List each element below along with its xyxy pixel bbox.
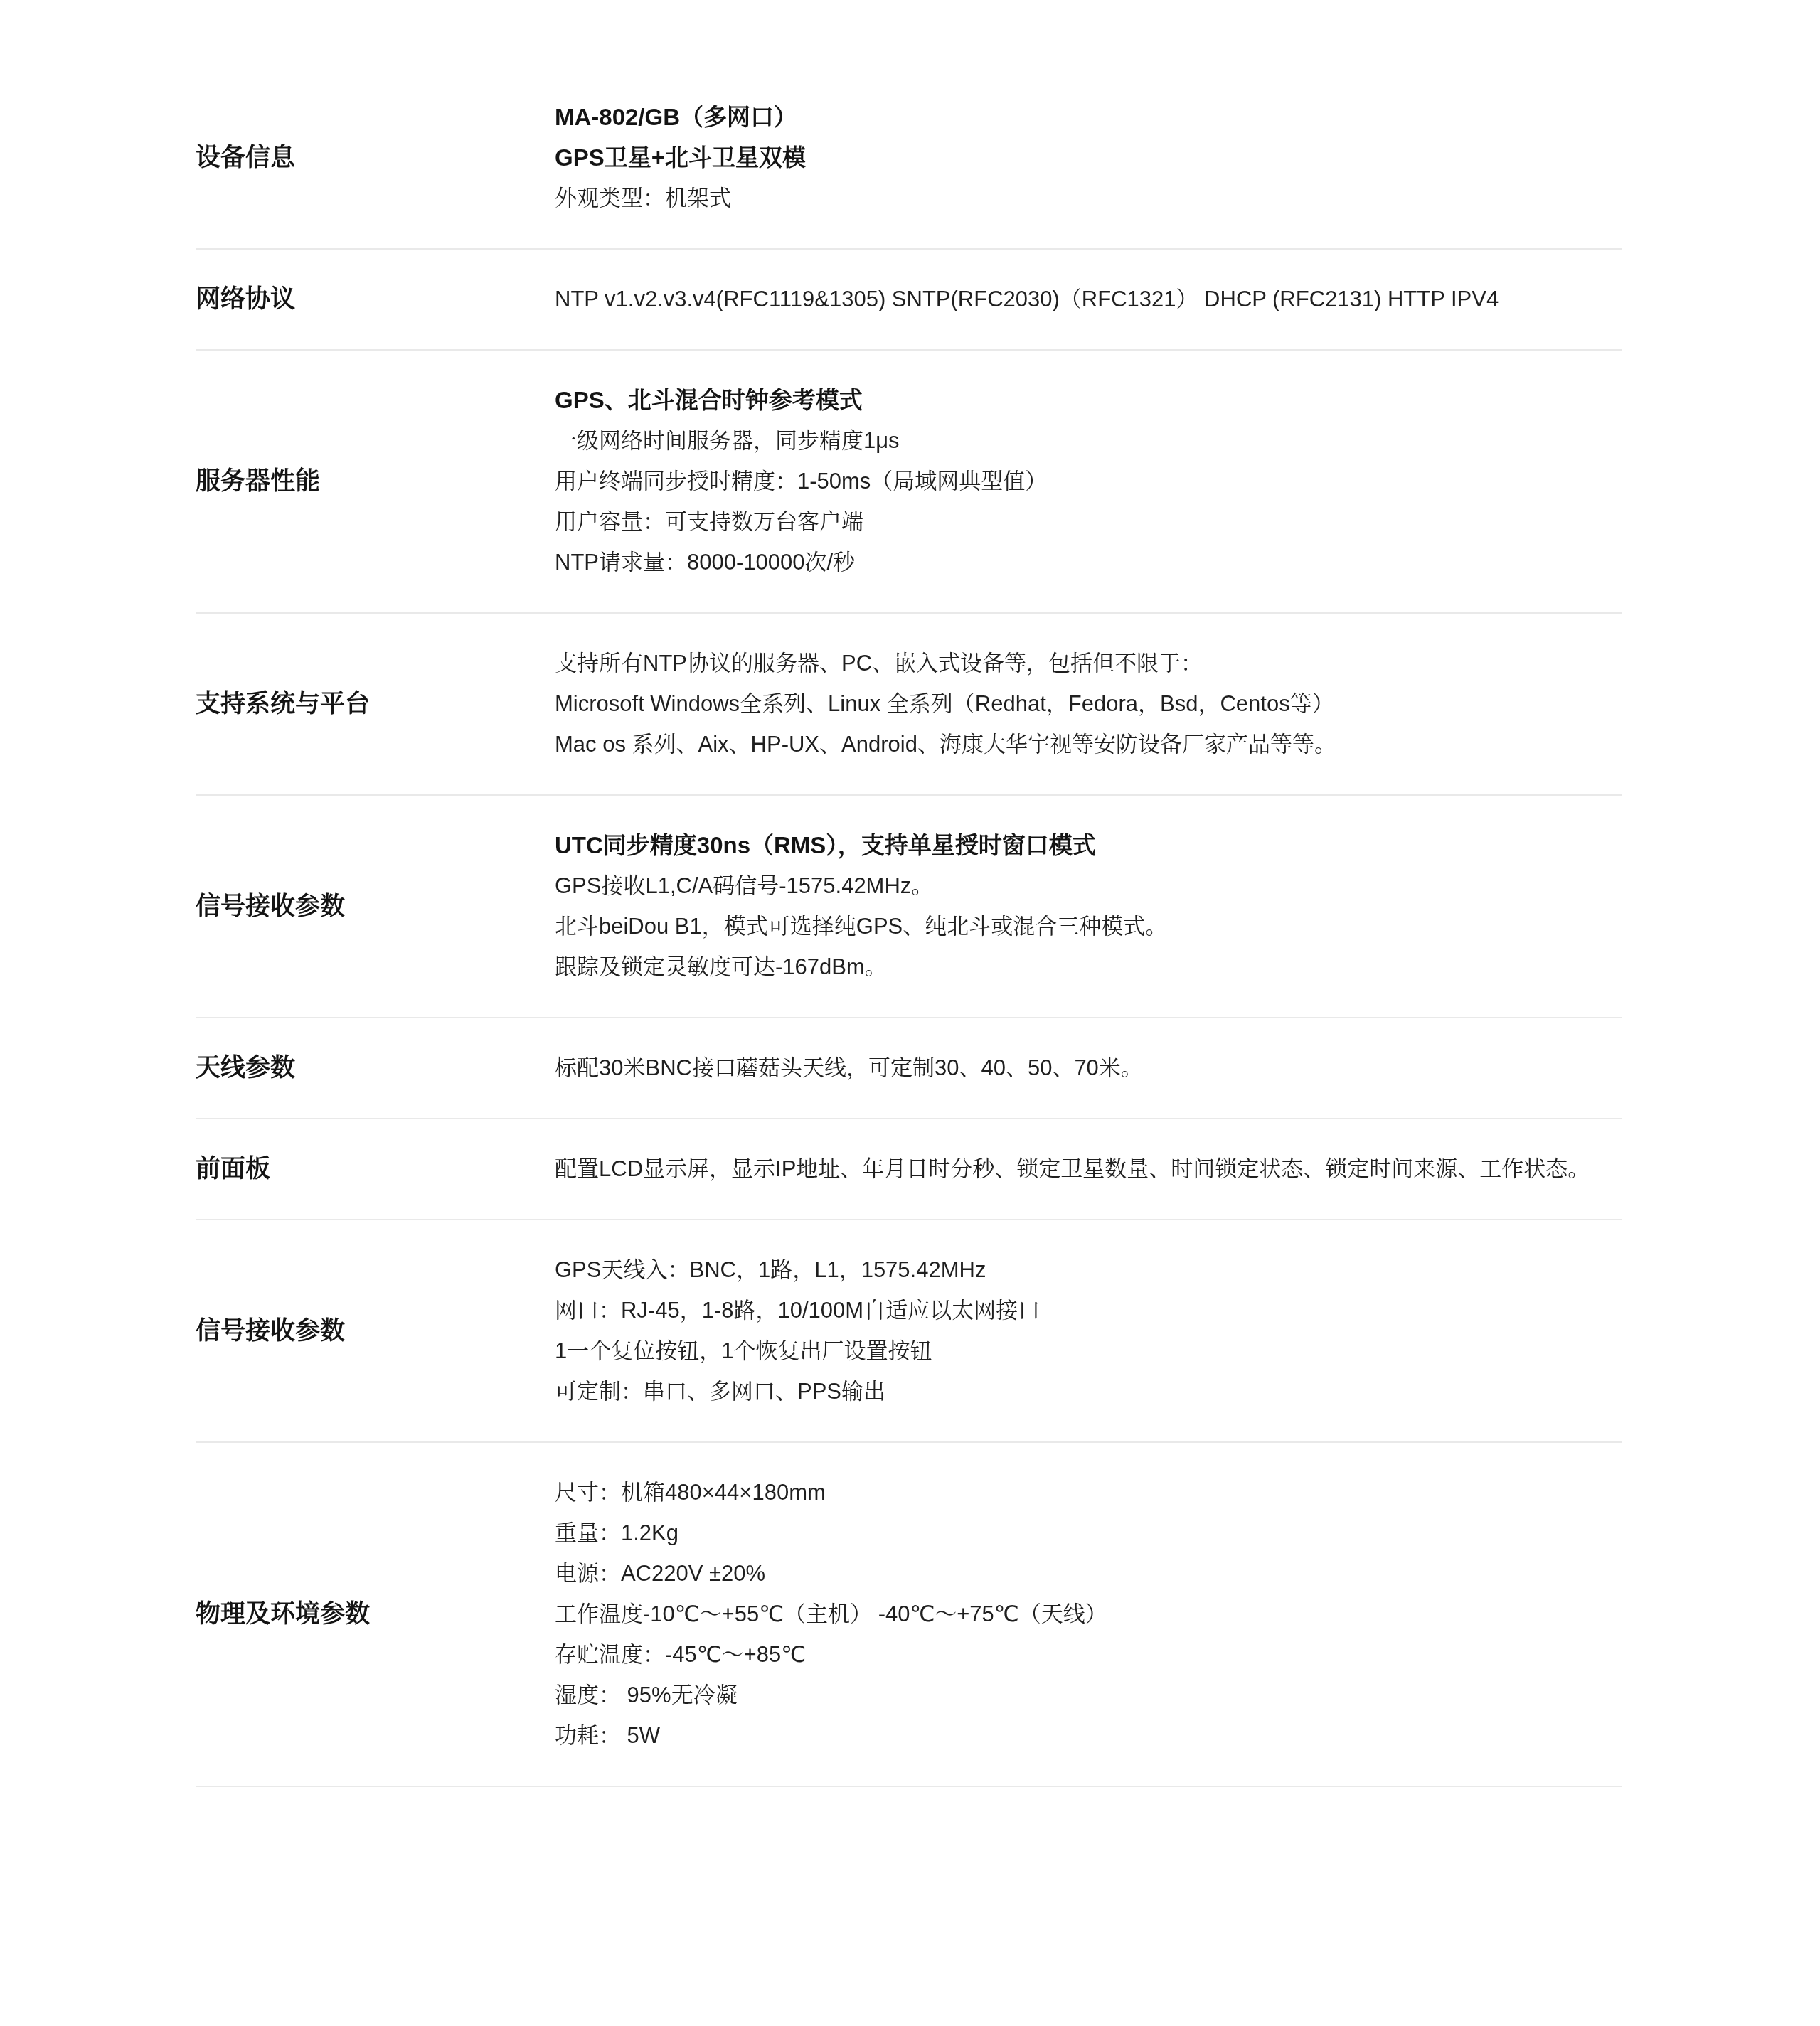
spec-section: 物理及环境参数 尺寸：机箱480×44×180mm重量：1.2Kg电源：AC22…	[196, 1443, 1622, 1787]
spec-row-text: 支持所有NTP协议的服务器、PC、嵌入式设备等，包括但不限于：	[555, 647, 1622, 680]
spec-row-text: 网口：RJ-45，1-8路，10/100M自适应以太网接口	[555, 1294, 1622, 1327]
section-label: 前面板	[196, 1151, 555, 1187]
section-rows: GPS天线入：BNC，1路，L1，1575.42MHz网口：RJ-45，1-8路…	[555, 1246, 1622, 1416]
spec-row-text: 重量：1.2Kg	[555, 1517, 1622, 1550]
spec-row-text: GPS、北斗混合时钟参考模式	[555, 384, 1622, 417]
section-rows: 配置LCD显示屏，显示IP地址、年月日时分秒、锁定卫星数量、时间锁定状态、锁定时…	[555, 1145, 1622, 1193]
spec-row-text: GPS接收L1,C/A码信号-1575.42MHz。	[555, 870, 1622, 902]
section-label: 设备信息	[196, 140, 555, 176]
spec-section: 网络协议 NTP v1.v2.v3.v4(RFC1119&1305) SNTP(…	[196, 250, 1622, 351]
section-rows: 标配30米BNC接口蘑菇头天线，可定制30、40、50、70米。	[555, 1044, 1622, 1092]
section-label: 信号接收参数	[196, 889, 555, 924]
spec-table: 设备信息 MA-802/GB（多网口）GPS卫星+北斗卫星双模外观类型：机架式 …	[196, 0, 1622, 1787]
spec-section: 前面板 配置LCD显示屏，显示IP地址、年月日时分秒、锁定卫星数量、时间锁定状态…	[196, 1119, 1622, 1220]
section-label: 天线参数	[196, 1050, 555, 1086]
section-rows: 尺寸：机箱480×44×180mm重量：1.2Kg电源：AC220V ±20%工…	[555, 1468, 1622, 1760]
section-label: 物理及环境参数	[196, 1596, 555, 1632]
section-rows: NTP v1.v2.v3.v4(RFC1119&1305) SNTP(RFC20…	[555, 275, 1622, 324]
spec-row-text: GPS天线入：BNC，1路，L1，1575.42MHz	[555, 1254, 1622, 1286]
spec-row-text: GPS卫星+北斗卫星双模	[555, 142, 1622, 174]
spec-row-text: Microsoft Windows全系列、Linux 全系列（Redhat，Fe…	[555, 688, 1622, 720]
spec-row-text: UTC同步精度30ns（RMS），支持单星授时窗口模式	[555, 829, 1622, 862]
spec-row-text: 尺寸：机箱480×44×180mm	[555, 1476, 1622, 1509]
spec-row-text: NTP v1.v2.v3.v4(RFC1119&1305) SNTP(RFC20…	[555, 283, 1622, 316]
spec-row-text: 可定制：串口、多网口、PPS输出	[555, 1375, 1622, 1408]
spec-section: 服务器性能 GPS、北斗混合时钟参考模式一级网络时间服务器，同步精度1μs用户终…	[196, 351, 1622, 614]
spec-row-text: 电源：AC220V ±20%	[555, 1557, 1622, 1590]
spec-section: 信号接收参数 GPS天线入：BNC，1路，L1，1575.42MHz网口：RJ-…	[196, 1220, 1622, 1443]
section-rows: MA-802/GB（多网口）GPS卫星+北斗卫星双模外观类型：机架式	[555, 93, 1622, 223]
spec-row-text: 用户终端同步授时精度：1-50ms（局域网典型值）	[555, 465, 1622, 498]
spec-row-text: 用户容量：可支持数万台客户端	[555, 506, 1622, 538]
spec-row-text: 功耗： 5W	[555, 1720, 1622, 1752]
spec-row-text: Mac os 系列、Aix、HP-UX、Android、海康大华宇视等安防设备厂…	[555, 728, 1622, 761]
spec-row-text: NTP请求量：8000-10000次/秒	[555, 546, 1622, 579]
section-rows: GPS、北斗混合时钟参考模式一级网络时间服务器，同步精度1μs用户终端同步授时精…	[555, 376, 1622, 587]
spec-row-text: 标配30米BNC接口蘑菇头天线，可定制30、40、50、70米。	[555, 1052, 1622, 1084]
spec-section: 信号接收参数 UTC同步精度30ns（RMS），支持单星授时窗口模式GPS接收L…	[196, 796, 1622, 1018]
spec-row-text: 湿度： 95%无冷凝	[555, 1679, 1622, 1712]
spec-section: 支持系统与平台 支持所有NTP协议的服务器、PC、嵌入式设备等，包括但不限于：M…	[196, 614, 1622, 796]
spec-row-text: 北斗beiDou B1，模式可选择纯GPS、纯北斗或混合三种模式。	[555, 910, 1622, 943]
spec-row-text: 外观类型：机架式	[555, 182, 1622, 215]
spec-section: 天线参数 标配30米BNC接口蘑菇头天线，可定制30、40、50、70米。	[196, 1018, 1622, 1119]
spec-row-text: 跟踪及锁定灵敏度可达-167dBm。	[555, 951, 1622, 983]
spec-section: 设备信息 MA-802/GB（多网口）GPS卫星+北斗卫星双模外观类型：机架式	[196, 68, 1622, 250]
section-label: 信号接收参数	[196, 1313, 555, 1349]
section-label: 服务器性能	[196, 464, 555, 499]
section-label: 支持系统与平台	[196, 686, 555, 722]
spec-row-text: 一级网络时间服务器，同步精度1μs	[555, 425, 1622, 457]
spec-row-text: 配置LCD显示屏，显示IP地址、年月日时分秒、锁定卫星数量、时间锁定状态、锁定时…	[555, 1153, 1622, 1185]
spec-row-text: 1一个复位按钮，1个恢复出厂设置按钮	[555, 1335, 1622, 1367]
spec-row-text: 存贮温度：-45℃～+85℃	[555, 1638, 1622, 1671]
section-rows: 支持所有NTP协议的服务器、PC、嵌入式设备等，包括但不限于：Microsoft…	[555, 639, 1622, 769]
section-rows: UTC同步精度30ns（RMS），支持单星授时窗口模式GPS接收L1,C/A码信…	[555, 821, 1622, 991]
spec-row-text: 工作温度-10℃～+55℃（主机） -40℃～+75℃（天线）	[555, 1598, 1622, 1631]
spec-row-text: MA-802/GB（多网口）	[555, 101, 1622, 134]
section-label: 网络协议	[196, 282, 555, 317]
